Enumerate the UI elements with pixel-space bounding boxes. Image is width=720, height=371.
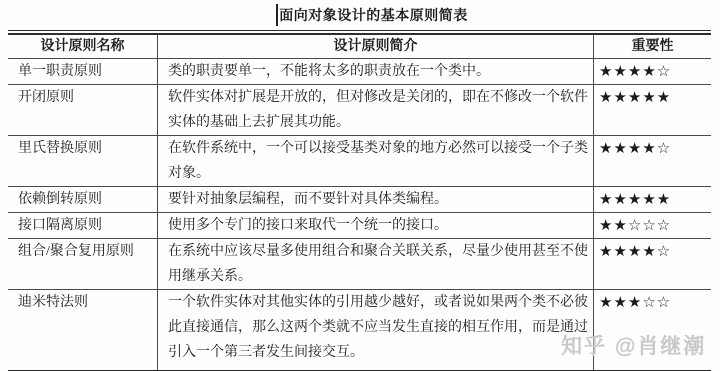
- table-row: 里氏替换原则 在软件系统中，一个可以接受基类对象的地方必然可以接受一个子类对象。…: [8, 136, 711, 187]
- header-principle-name: 设计原则名称: [8, 35, 157, 58]
- principle-name: 接口隔离原则: [8, 213, 157, 238]
- principle-name: 里氏替换原则: [8, 136, 157, 186]
- table-title: 面向对象设计的基本原则简表: [279, 5, 468, 25]
- table-row: 组合/聚合复用原则 在系统中应该尽量多使用组合和聚合关联关系，尽量少使用甚至不使…: [8, 239, 711, 290]
- header-principle-desc: 设计原则简介: [157, 35, 593, 58]
- principle-name: 迪米特法则: [8, 290, 157, 370]
- principle-desc: 在系统中应该尽量多使用组合和聚合关联关系，尽量少使用甚至不使用继承关系。: [157, 239, 593, 289]
- table-row: 迪米特法则 一个软件实体对其他实体的引用越少越好，或者说如果两个类不必彼此直接通…: [8, 290, 711, 370]
- table-row: 依赖倒转原则 要针对抽象层编程，而不要针对具体类编程。 ★★★★★: [8, 187, 711, 213]
- text-cursor: [276, 4, 278, 26]
- importance-stars: ★★☆☆☆: [593, 213, 711, 238]
- table-title-row: 面向对象设计的基本原则简表: [12, 0, 720, 30]
- principle-desc: 使用多个专门的接口来取代一个统一的接口。: [157, 213, 593, 238]
- principle-desc: 在软件系统中，一个可以接受基类对象的地方必然可以接受一个子类对象。: [157, 136, 593, 186]
- header-importance: 重要性: [593, 35, 711, 58]
- table-row: 接口隔离原则 使用多个专门的接口来取代一个统一的接口。 ★★☆☆☆: [8, 213, 711, 239]
- importance-stars: ★★★★★: [593, 85, 711, 135]
- importance-stars: ★★★★☆: [593, 59, 711, 84]
- importance-stars: ★★★★★: [593, 187, 711, 212]
- principle-desc: 软件实体对扩展是开放的，但对修改是关闭的，即在不修改一个软件实体的基础上去扩展其…: [157, 85, 593, 135]
- table-row: 开闭原则 软件实体对扩展是开放的，但对修改是关闭的，即在不修改一个软件实体的基础…: [8, 85, 711, 136]
- importance-stars: ★★★☆☆: [593, 290, 711, 370]
- principle-name: 开闭原则: [8, 85, 157, 135]
- principle-name: 组合/聚合复用原则: [8, 239, 157, 289]
- principle-desc: 要针对抽象层编程，而不要针对具体类编程。: [157, 187, 593, 212]
- page: 面向对象设计的基本原则简表 设计原则名称 设计原则简介 重要性 单一职责原则 类…: [0, 0, 720, 371]
- principles-table: 设计原则名称 设计原则简介 重要性 单一职责原则 类的职责要单一，不能将太多的职…: [8, 30, 711, 371]
- principle-desc: 类的职责要单一，不能将太多的职责放在一个类中。: [157, 59, 593, 84]
- importance-stars: ★★★★☆: [593, 136, 711, 186]
- principle-desc: 一个软件实体对其他实体的引用越少越好，或者说如果两个类不必彼此直接通信，那么这两…: [157, 290, 593, 370]
- importance-stars: ★★★★☆: [593, 239, 711, 289]
- table-header-row: 设计原则名称 设计原则简介 重要性: [8, 35, 711, 59]
- principle-name: 依赖倒转原则: [8, 187, 157, 212]
- table-row: 单一职责原则 类的职责要单一，不能将太多的职责放在一个类中。 ★★★★☆: [8, 59, 711, 85]
- principle-name: 单一职责原则: [8, 59, 157, 84]
